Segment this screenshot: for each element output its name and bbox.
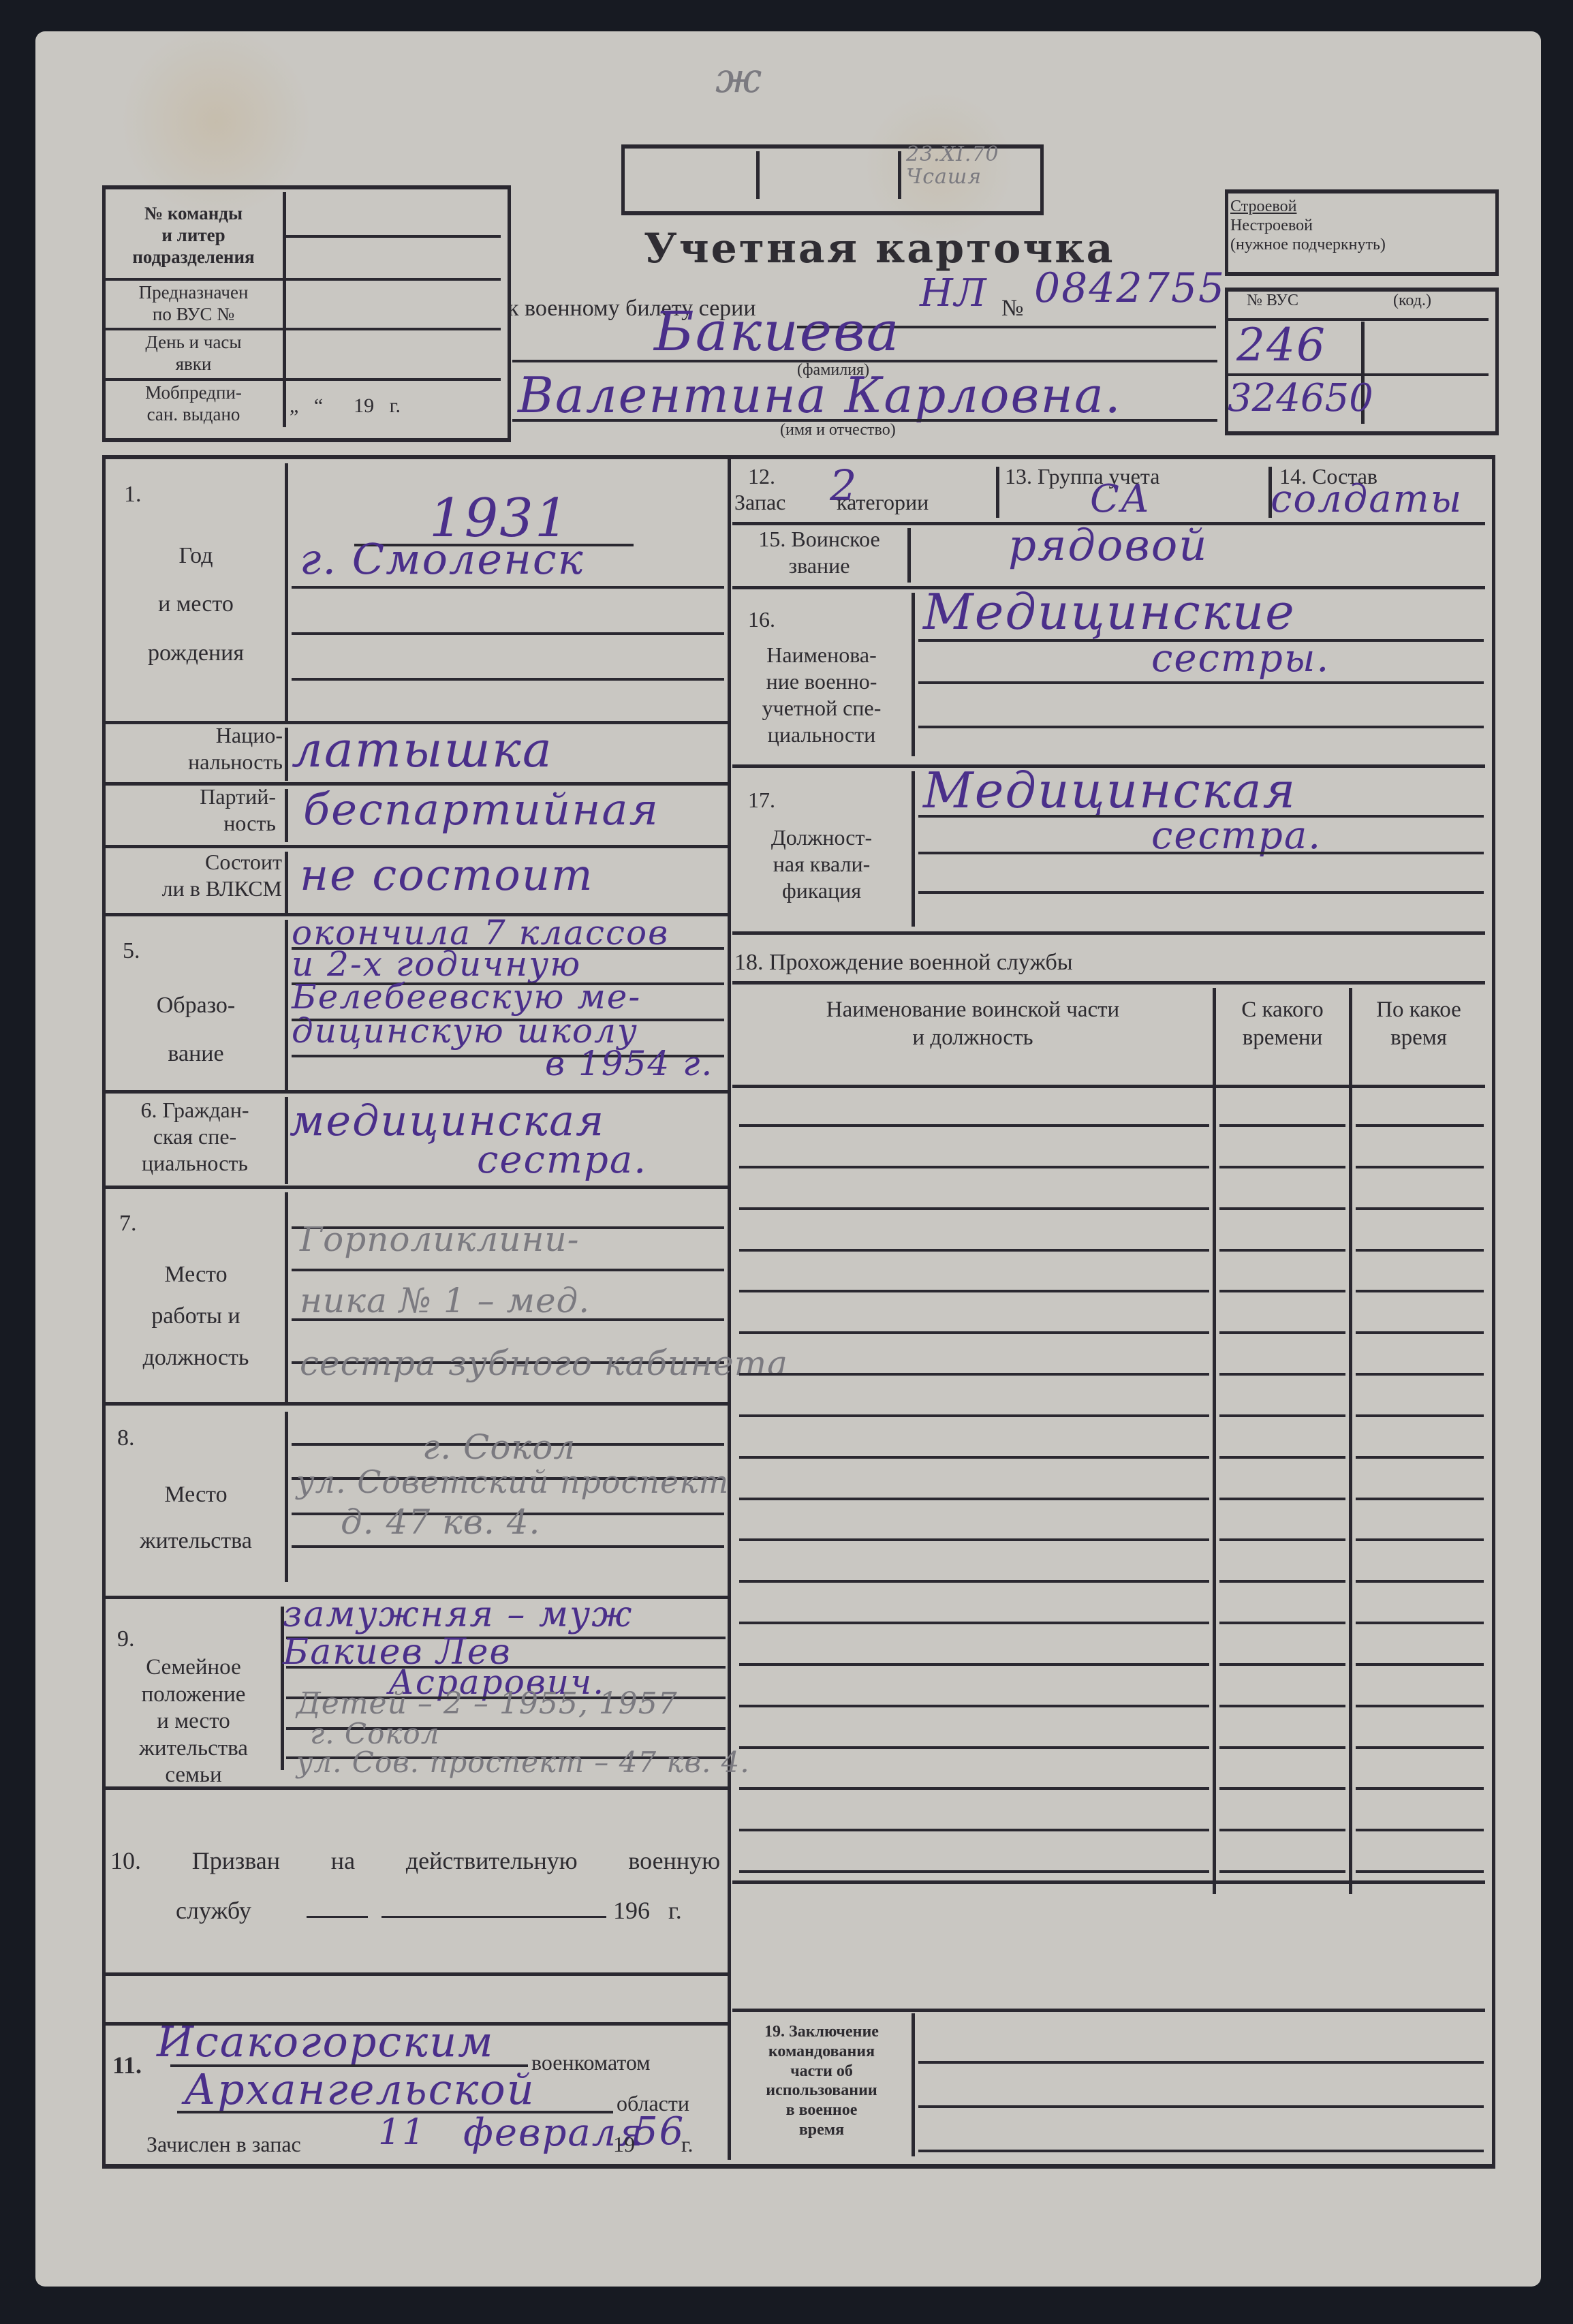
family-line-6: ул. Сов. проспект – 47 кв. 4. <box>296 1746 750 1779</box>
date-blank-day[interactable] <box>307 1916 368 1918</box>
service-row-to[interactable] <box>1356 1124 1484 1127</box>
corner-mark: ж <box>715 55 762 102</box>
composition: солдаты <box>1271 477 1463 521</box>
section-1-label: Год и место рождения <box>109 531 283 677</box>
rule <box>732 1880 1485 1884</box>
residence-line-3: д. 47 кв. 4. <box>341 1502 540 1542</box>
divider <box>285 728 288 781</box>
section-19-label: 19. Заключение командования части об исп… <box>732 2022 911 2140</box>
section-12-label-b: категории <box>837 489 929 516</box>
mob-order-date: „ “ 19 г. <box>290 394 501 419</box>
divider <box>912 2013 915 2156</box>
military-specialty-2: сестры. <box>1151 636 1330 681</box>
section-6-label: 6. Граждан- ская спе- циальность <box>108 1097 282 1177</box>
service-row-unit[interactable] <box>739 1207 1209 1210</box>
name-caption: (имя и отчество) <box>780 421 896 440</box>
qualification-1: Медицинская <box>923 762 1296 819</box>
service-row-from[interactable] <box>1219 1124 1345 1127</box>
enlisted-label: Зачислен в запас <box>146 2131 301 2158</box>
vus-value: 246 <box>1236 319 1326 371</box>
service-row-unit[interactable] <box>739 1373 1209 1376</box>
label-report-day: День и часы явки <box>106 332 281 375</box>
divider <box>283 192 286 427</box>
column-unit-position: Наименование воинской части и должность <box>734 996 1211 1053</box>
label-vus-assigned: Предназначен по ВУС № <box>106 282 281 326</box>
service-row-unit[interactable] <box>739 1705 1209 1707</box>
family-line-4: Детей – 2 – 1955, 1957 <box>296 1686 678 1721</box>
service-row-unit[interactable] <box>739 1331 1209 1334</box>
section-7-label: Место работы и должность <box>109 1254 283 1379</box>
service-row-from[interactable] <box>1219 1331 1345 1334</box>
section-1-num: 1. <box>124 480 142 508</box>
divider <box>285 920 288 1090</box>
residence-line-1: г. Сокол <box>422 1427 576 1467</box>
rule <box>918 852 1484 854</box>
divider <box>285 1412 288 1582</box>
date-blank-month[interactable] <box>381 1916 606 1918</box>
service-row-to[interactable] <box>1356 1622 1484 1624</box>
service-row-from[interactable] <box>1219 1249 1345 1252</box>
service-row-unit[interactable] <box>739 1414 1209 1417</box>
section-16-label: Наименова- ние военно- учетной спе- циал… <box>732 642 911 748</box>
workplace-line-3: сестра зубного кабинета <box>300 1344 788 1383</box>
ticket-number: 0842755 <box>1034 264 1226 312</box>
service-row-unit[interactable] <box>739 1787 1209 1790</box>
service-row-to[interactable] <box>1356 1249 1484 1252</box>
service-row-to[interactable] <box>1356 1414 1484 1417</box>
rule <box>292 1269 724 1271</box>
ticket-no-label: № <box>1001 294 1023 322</box>
service-row-from[interactable] <box>1219 1746 1345 1749</box>
section-10-service-label: службу <box>176 1896 251 1926</box>
enlisted-year-suffix: г. <box>681 2131 694 2158</box>
status-caption: (нужное подчеркнуть) <box>1230 236 1386 255</box>
surname: Бакиева <box>654 300 900 363</box>
section-16-num: 16. <box>748 606 775 633</box>
center-divider <box>728 459 731 2160</box>
ticket-series: НЛ <box>920 271 988 315</box>
vus-code-value: 324650 <box>1228 376 1373 420</box>
section-17-label: Должност- ная квали- фикация <box>732 824 911 904</box>
service-row-from[interactable] <box>1219 1663 1345 1666</box>
rule <box>732 931 1485 935</box>
rule <box>286 235 501 238</box>
rule <box>918 2061 1484 2064</box>
workplace-line-1: Горполиклини- <box>300 1220 580 1259</box>
military-specialty-1: Медицинские <box>923 583 1296 640</box>
family-line-1: замужняя – муж <box>283 1594 633 1635</box>
rule <box>106 845 728 848</box>
residence-line-2: ул. Советский проспект <box>296 1463 729 1500</box>
service-row-to[interactable] <box>1356 1498 1484 1500</box>
service-row-to[interactable] <box>1356 1663 1484 1666</box>
rule <box>106 1186 728 1189</box>
divider <box>285 852 288 913</box>
divider <box>996 467 999 518</box>
section-4-label: Состоит ли в ВЛКСМ <box>108 849 282 902</box>
section-9-num: 9. <box>117 1625 135 1653</box>
rule <box>918 2150 1484 2152</box>
name-patronymic: Валентина Карловна. <box>518 367 1122 424</box>
service-row-unit[interactable] <box>739 1622 1209 1624</box>
service-row-from[interactable] <box>1219 1290 1345 1292</box>
label-mob-order: Мобпредпи- сан. выдано <box>106 382 281 426</box>
service-row-to[interactable] <box>1356 1456 1484 1459</box>
service-row-from[interactable] <box>1219 1166 1345 1168</box>
divider <box>907 528 911 583</box>
column-from-date: С какого времени <box>1216 996 1349 1053</box>
rule <box>292 586 724 589</box>
service-row-to[interactable] <box>1356 1870 1484 1873</box>
enlisted-year: 56 <box>634 2109 685 2154</box>
section-10-text: 10. Призван на действительную военную <box>110 1846 720 1876</box>
service-row-from[interactable] <box>1219 1705 1345 1707</box>
rule <box>106 1090 728 1094</box>
rule <box>918 2105 1484 2108</box>
divider <box>756 151 760 199</box>
service-row-unit[interactable] <box>739 1166 1209 1168</box>
rule <box>918 681 1484 684</box>
section-5-label: Образо- вание <box>109 981 283 1079</box>
section-8-num: 8. <box>117 1424 135 1452</box>
rule <box>292 1545 724 1548</box>
divider <box>1213 988 1216 1894</box>
section-18-title: 18. Прохождение военной службы <box>734 948 1073 976</box>
section-3-label: Партий- ность <box>119 784 276 837</box>
rule <box>106 328 501 330</box>
section-9-label: Семейное положение и место жительства се… <box>108 1654 279 1789</box>
service-row-from[interactable] <box>1219 1538 1345 1541</box>
label-command-no: № команды и литер подразделения <box>106 203 281 268</box>
section-8-label: Место жительства <box>109 1472 283 1564</box>
service-row-to[interactable] <box>1356 1787 1484 1790</box>
service-row-unit[interactable] <box>739 1124 1209 1127</box>
service-row-unit[interactable] <box>739 1663 1209 1666</box>
section-12-label-a: Запас <box>734 489 785 516</box>
rule <box>106 1402 728 1406</box>
birth-place: г. Смоленск <box>300 534 585 584</box>
rule <box>918 891 1484 894</box>
service-row-to[interactable] <box>1356 1166 1484 1168</box>
service-row-from[interactable] <box>1219 1580 1345 1583</box>
service-row-from[interactable] <box>1219 1870 1345 1873</box>
service-row-from[interactable] <box>1219 1456 1345 1459</box>
section-11-num: 11. <box>112 2051 142 2081</box>
service-row-unit[interactable] <box>739 1249 1209 1252</box>
service-row-unit[interactable] <box>739 1538 1209 1541</box>
service-row-to[interactable] <box>1356 1290 1484 1292</box>
workplace-line-2: ника № 1 – мед. <box>300 1281 590 1320</box>
column-to-date: По какое время <box>1352 996 1485 1053</box>
divider <box>1349 988 1352 1894</box>
service-row-unit[interactable] <box>739 1746 1209 1749</box>
service-row-from[interactable] <box>1219 1414 1345 1417</box>
rule <box>106 378 501 381</box>
service-row-to[interactable] <box>1356 1538 1484 1541</box>
service-row-from[interactable] <box>1219 1373 1345 1376</box>
divider <box>285 1192 288 1404</box>
rule <box>732 2009 1485 2012</box>
section-12-num: 12. <box>748 463 775 490</box>
status-noncombat: Нестроевой <box>1230 217 1313 236</box>
section-10-year: 196 г. <box>613 1896 682 1926</box>
service-row-from[interactable] <box>1219 1622 1345 1624</box>
service-row-to[interactable] <box>1356 1580 1484 1583</box>
rule <box>292 678 724 681</box>
stamp-note: 23.XI.70 Чсашя <box>906 143 999 188</box>
service-row-to[interactable] <box>1356 1829 1484 1831</box>
section-15-label: 15. Воинское звание <box>732 526 906 579</box>
commissariat: Исакогорским <box>157 2017 495 2066</box>
accounting-group: СА <box>1090 477 1151 521</box>
rule <box>292 632 724 635</box>
status-combat: Строевой <box>1230 198 1296 217</box>
rule <box>106 1972 728 1976</box>
rule <box>732 1085 1485 1088</box>
service-row-to[interactable] <box>1356 1207 1484 1210</box>
service-row-to[interactable] <box>1356 1705 1484 1707</box>
civil-specialty-2: сестра. <box>477 1138 647 1182</box>
section-2-label: Нацио- нальность <box>119 722 283 775</box>
rule <box>732 981 1485 985</box>
education-line-5: в 1954 г. <box>545 1044 713 1083</box>
party: беспартийная <box>303 785 659 835</box>
divider <box>285 463 288 722</box>
service-row-to[interactable] <box>1356 1746 1484 1749</box>
rule <box>106 278 501 281</box>
vus-header-no: № ВУС <box>1247 292 1298 311</box>
nationality: латышка <box>292 721 553 778</box>
divider <box>285 1097 288 1184</box>
vus-header-code: (код.) <box>1393 292 1431 311</box>
service-row-unit[interactable] <box>739 1580 1209 1583</box>
service-row-from[interactable] <box>1219 1787 1345 1790</box>
enlisted-year-prefix: 19 <box>613 2131 635 2158</box>
section-5-num: 5. <box>123 937 140 965</box>
service-row-unit[interactable] <box>739 1829 1209 1831</box>
service-row-to[interactable] <box>1356 1331 1484 1334</box>
rule <box>106 1786 728 1790</box>
military-rank: рядовой <box>1008 521 1208 571</box>
komsomol: не состоит <box>300 850 594 901</box>
section-7-num: 7. <box>119 1209 137 1237</box>
divider <box>898 151 901 199</box>
divider <box>285 789 288 842</box>
enlisted-day: 11 <box>378 2112 426 2153</box>
commissariat-suffix: военкоматом <box>531 2049 651 2076</box>
service-row-to[interactable] <box>1356 1373 1484 1376</box>
region: Архангельской <box>184 2064 535 2114</box>
service-row-unit[interactable] <box>739 1456 1209 1459</box>
divider <box>912 771 915 927</box>
service-row-from[interactable] <box>1219 1207 1345 1210</box>
section-17-num: 17. <box>748 787 775 814</box>
service-row-unit[interactable] <box>739 1870 1209 1873</box>
service-row-from[interactable] <box>1219 1829 1345 1831</box>
service-row-unit[interactable] <box>739 1498 1209 1500</box>
service-row-from[interactable] <box>1219 1498 1345 1500</box>
rule <box>918 726 1484 728</box>
divider <box>912 593 915 756</box>
service-row-unit[interactable] <box>739 1290 1209 1292</box>
